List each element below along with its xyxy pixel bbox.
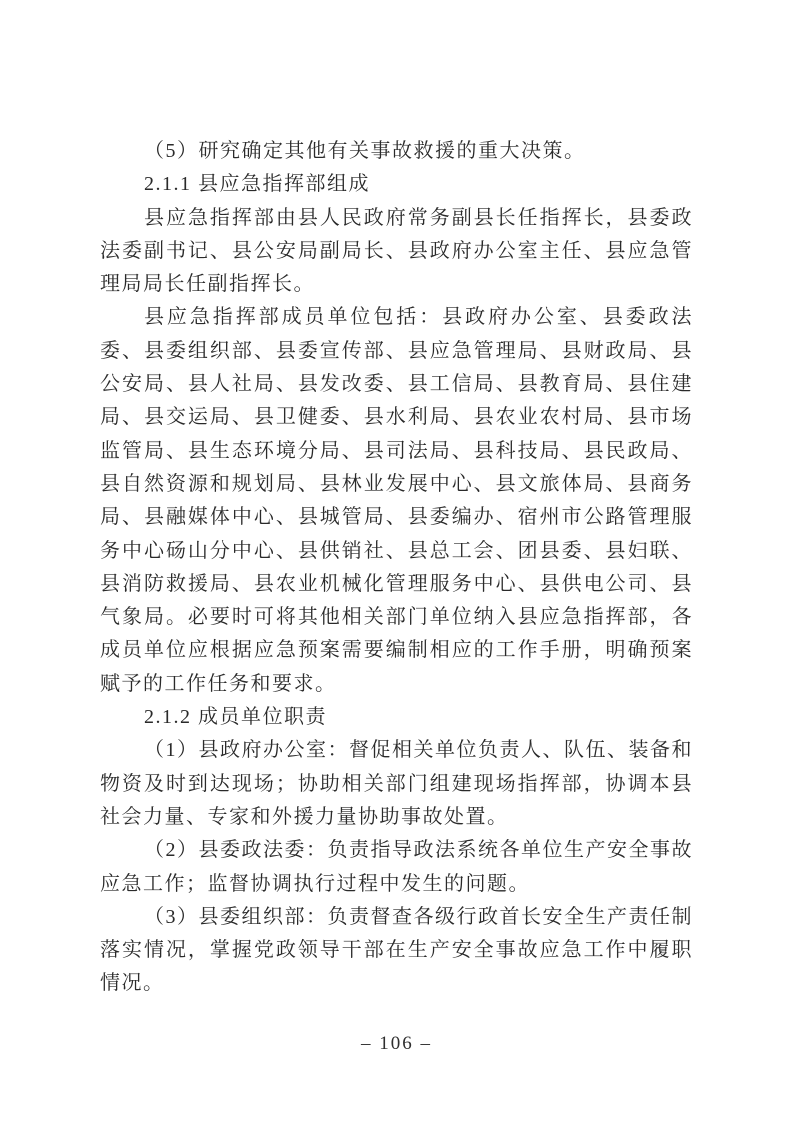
text-line: 务中心砀山分中心、县供销社、县总工会、团县委、县妇联、 [100,535,693,568]
page-footer: – 106 – [0,1031,793,1057]
text-line: 委、县委组织部、县委宣传部、县应急管理局、县财政局、县 [100,335,693,368]
text-line: 应急工作；监督协调执行过程中发生的问题。 [100,868,693,901]
text-line: （3）县委组织部：负责督查各级行政首长安全生产责任制 [100,901,693,934]
text-line: 物资及时到达现场；协助相关部门组建现场指挥部，协调本县 [100,768,693,801]
page-number: – 106 – [361,1033,432,1054]
text-line: 落实情况，掌握党政领导干部在生产安全事故应急工作中履职 [100,934,693,967]
document-page: （5）研究确定其他有关事故救援的重大决策。 2.1.1 县应急指挥部组成 县应急… [0,0,793,1122]
text-line: 县消防救援局、县农业机械化管理服务中心、县供电公司、县 [100,568,693,601]
text-line: 县自然资源和规划局、县林业发展中心、县文旅体局、县商务 [100,468,693,501]
section-heading-2-1-2: 2.1.2 成员单位职责 [100,701,693,734]
text-line: 监管局、县生态环境分局、县司法局、县科技局、县民政局、 [100,435,693,468]
text-line: 法委副书记、县公安局副局长、县政府办公室主任、县应急管 [100,235,693,268]
paragraph: 县应急指挥部由县人民政府常务副县长任指挥长，县委政 法委副书记、县公安局副局长、… [100,202,693,302]
text-line: 气象局。必要时可将其他相关部门单位纳入县应急指挥部，各 [100,601,693,634]
heading-line: 2.1.2 成员单位职责 [100,701,693,734]
text-line: （2）县委政法委：负责指导政法系统各单位生产安全事故 [100,834,693,867]
paragraph: （3）县委组织部：负责督查各级行政首长安全生产责任制 落实情况，掌握党政领导干部… [100,901,693,1001]
text-line: 县应急指挥部由县人民政府常务副县长任指挥长，县委政 [100,202,693,235]
text-line: 公安局、县人社局、县发改委、县工信局、县教育局、县住建 [100,368,693,401]
text-line: 赋予的工作任务和要求。 [100,668,693,701]
paragraph: （5）研究确定其他有关事故救援的重大决策。 [100,135,693,168]
section-heading-2-1-1: 2.1.1 县应急指挥部组成 [100,168,693,201]
text-line: 局、县融媒体中心、县城管局、县委编办、宿州市公路管理服 [100,501,693,534]
text-line: 社会力量、专家和外援力量协助事故处置。 [100,801,693,834]
text-line: （1）县政府办公室：督促相关单位负责人、队伍、装备和 [100,734,693,767]
paragraph: 县应急指挥部成员单位包括：县政府办公室、县委政法 委、县委组织部、县委宣传部、县… [100,301,693,701]
text-line: 情况。 [100,967,693,1000]
text-line: 成员单位应根据应急预案需要编制相应的工作手册，明确预案 [100,634,693,667]
paragraph: （2）县委政法委：负责指导政法系统各单位生产安全事故 应急工作；监督协调执行过程… [100,834,693,901]
text-line: 理局局长任副指挥长。 [100,268,693,301]
text-line: （5）研究确定其他有关事故救援的重大决策。 [100,135,693,168]
document-body: （5）研究确定其他有关事故救援的重大决策。 2.1.1 县应急指挥部组成 县应急… [100,135,693,1001]
text-line: 局、县交运局、县卫健委、县水利局、县农业农村局、县市场 [100,401,693,434]
text-line: 县应急指挥部成员单位包括：县政府办公室、县委政法 [100,301,693,334]
paragraph: （1）县政府办公室：督促相关单位负责人、队伍、装备和 物资及时到达现场；协助相关… [100,734,693,834]
heading-line: 2.1.1 县应急指挥部组成 [100,168,693,201]
